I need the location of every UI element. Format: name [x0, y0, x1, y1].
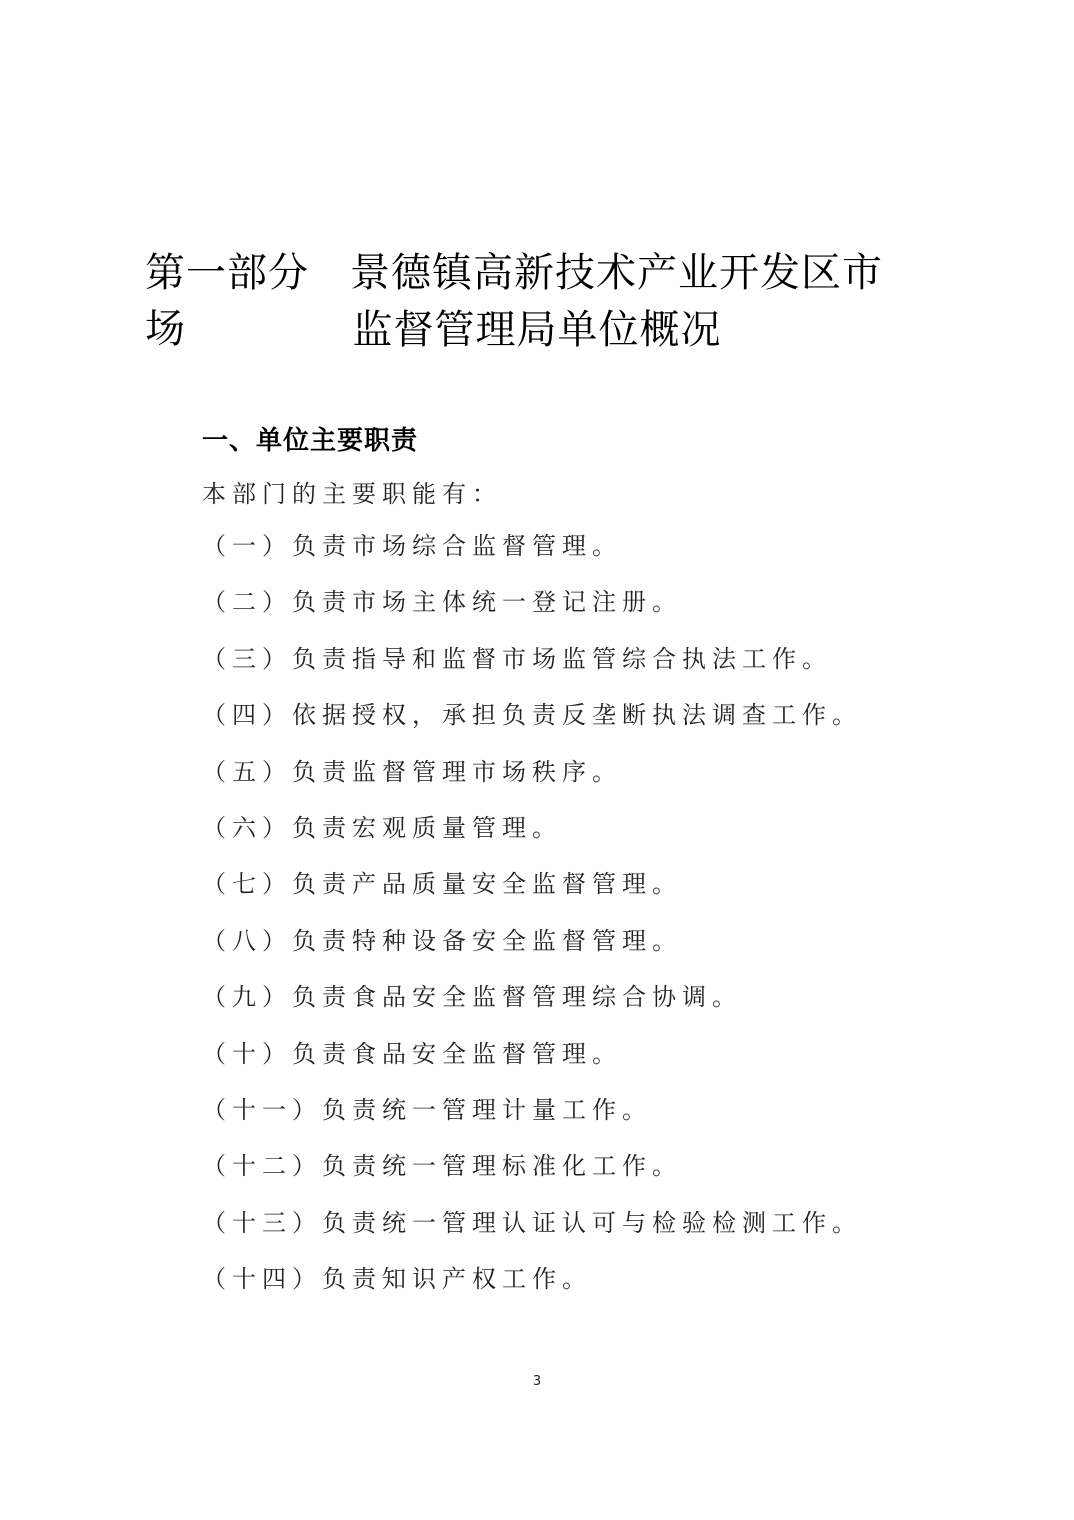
intro-paragraph: 本部门的主要职能有： [202, 474, 502, 509]
duty-item: （二）负责市场主体统一登记注册。 [202, 584, 862, 640]
duties-list: （一）负责市场综合监督管理。 （二）负责市场主体统一登记注册。 （三）负责指导和… [202, 528, 862, 1317]
page-title-line-2: 监督管理局单位概况 [0, 302, 1074, 358]
duty-item: （六）负责宏观质量管理。 [202, 810, 862, 866]
duty-item: （十四）负责知识产权工作。 [202, 1261, 862, 1317]
duty-item: （五）负责监督管理市场秩序。 [202, 754, 862, 810]
section-heading: 一、单位主要职责 [202, 420, 418, 457]
duty-item: （九）负责食品安全监督管理综合协调。 [202, 979, 862, 1035]
duty-item: （一）负责市场综合监督管理。 [202, 528, 862, 584]
page-number: 3 [0, 1374, 1074, 1389]
duty-item: （十）负责食品安全监督管理。 [202, 1036, 862, 1092]
duty-item: （四）依据授权，承担负责反垄断执法调查工作。 [202, 697, 862, 753]
duty-item: （八）负责特种设备安全监督管理。 [202, 923, 862, 979]
duty-item: （七）负责产品质量安全监督管理。 [202, 866, 862, 922]
duty-item: （十二）负责统一管理标准化工作。 [202, 1148, 862, 1204]
duty-item: （十三）负责统一管理认证认可与检验检测工作。 [202, 1205, 862, 1261]
duty-item: （三）负责指导和监督市场监管综合执法工作。 [202, 641, 862, 697]
duty-item: （十一）负责统一管理计量工作。 [202, 1092, 862, 1148]
